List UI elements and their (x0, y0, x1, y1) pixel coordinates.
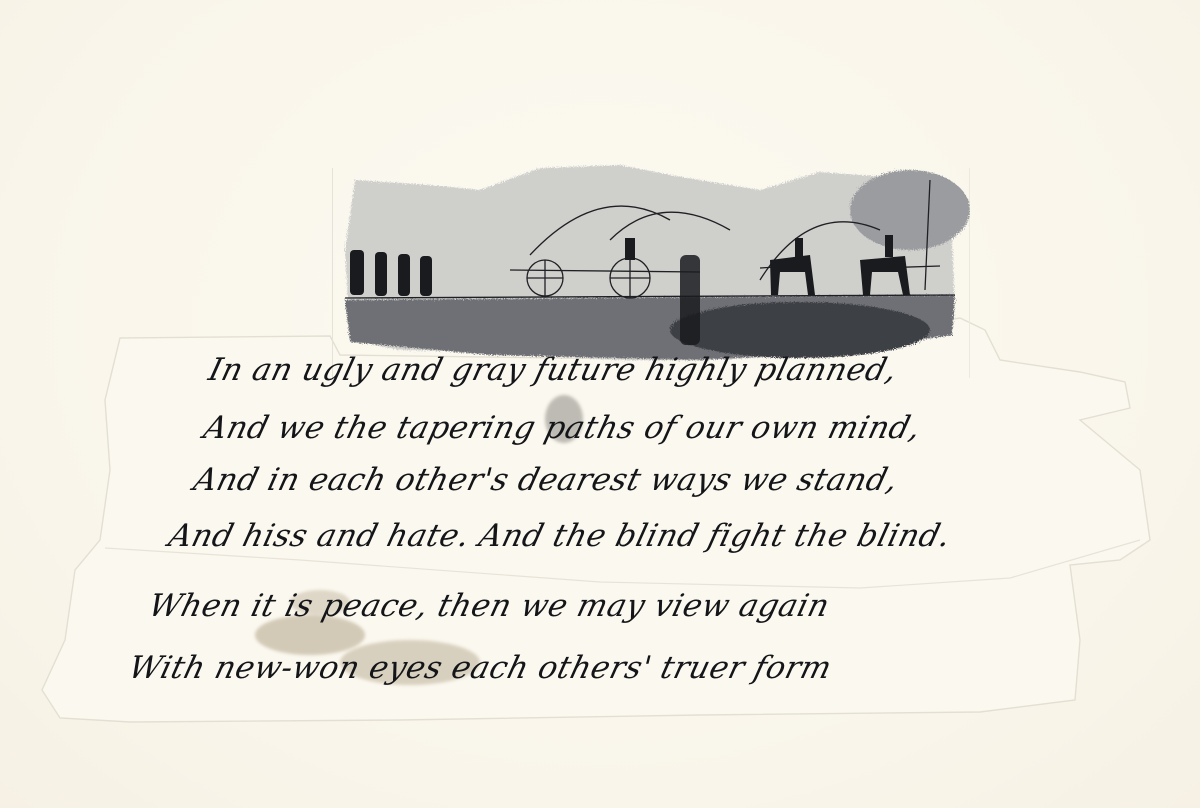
poem-line-1: In an ugly and gray future highly planne… (205, 352, 901, 388)
poem-line-5: When it is peace, then we may view again (145, 588, 833, 624)
poem-line-2: And we the tapering paths of our own min… (200, 410, 925, 446)
handwritten-poem: In an ugly and gray future highly planne… (0, 0, 1200, 808)
poem-line-6: With new-won eyes each others' truer for… (125, 650, 835, 686)
poem-line-4: And hiss and hate. And the blind fight t… (165, 518, 955, 554)
poem-line-3: And in each other's dearest ways we stan… (190, 462, 902, 498)
